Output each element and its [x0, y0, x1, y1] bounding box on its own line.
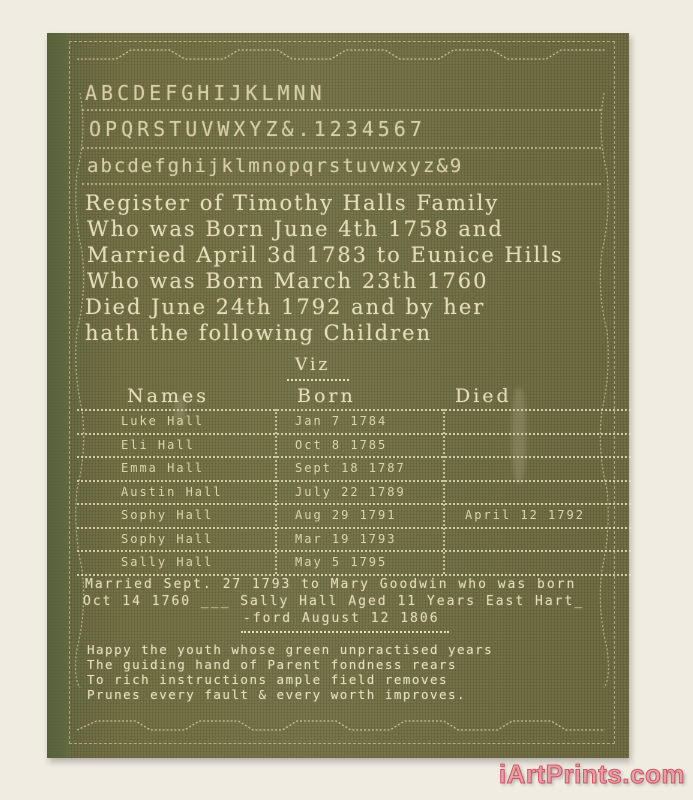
sampler-fabric: ABCDEFGHIJKLMNN OPQRSTUVWXYZ&.1234567 ab… — [47, 33, 629, 758]
date-line: -ford August 12 1806 — [243, 611, 440, 626]
row-divider — [82, 103, 601, 111]
table-rule — [77, 503, 631, 505]
cell-died: April 12 1792 — [465, 508, 585, 522]
table-rule — [77, 409, 631, 411]
verse-line-1: Happy the youth whose green unpractised … — [87, 643, 493, 657]
bottom-zigzag-border — [77, 718, 605, 732]
fabric-wear — [512, 388, 526, 483]
table-rule — [77, 480, 631, 482]
table-rule — [77, 433, 631, 435]
watermark-text: iArtPrints.com — [499, 759, 685, 790]
column-header-names: Names — [127, 385, 209, 407]
viz-label: Viz — [295, 355, 330, 375]
register-line-4: Who was Born March 23th 1760 — [87, 269, 489, 294]
cell-born: Aug 29 1791 — [295, 508, 396, 522]
row-divider — [82, 141, 601, 149]
row-divider — [82, 177, 601, 185]
cell-born: July 22 1789 — [295, 485, 406, 499]
maker-line: Oct 14 1760 ___ Sally Hall Aged 11 Years… — [83, 594, 584, 609]
register-line-6: hath the following Children — [85, 321, 432, 346]
verse-line-3: To rich instructions ample field removes — [87, 673, 448, 687]
table-column-rule — [275, 409, 277, 574]
cell-name: Sophy Hall — [121, 532, 213, 546]
cell-name: Austin Hall — [121, 485, 222, 499]
register-line-2: Who was Born June 4th 1758 and — [87, 217, 504, 242]
marriage-line: Married Sept. 27 1793 to Mary Goodwin wh… — [85, 577, 576, 592]
date-underline — [241, 631, 449, 633]
cell-name: Luke Hall — [121, 414, 204, 428]
cell-born: Jan 7 1784 — [295, 414, 387, 428]
selvage-edge — [47, 33, 69, 758]
column-header-died: Died — [455, 385, 512, 407]
cell-born: May 5 1795 — [295, 555, 387, 569]
cell-born: Oct 8 1785 — [295, 438, 387, 452]
table-rule — [77, 527, 631, 529]
cell-name: Sophy Hall — [121, 508, 213, 522]
table-rule — [77, 456, 631, 458]
alphabet-uppercase-row-2: OPQRSTUVWXYZ&.1234567 — [89, 117, 426, 141]
top-zigzag-border — [77, 47, 605, 61]
register-line-1: Register of Timothy Halls Family — [85, 191, 499, 216]
table-rule — [77, 574, 631, 576]
alphabet-uppercase-row-1: ABCDEFGHIJKLMNN — [85, 81, 326, 105]
cell-name: Sally Hall — [121, 555, 213, 569]
verse-line-4: Prunes every fault & every worth improve… — [87, 688, 466, 702]
viz-underline — [287, 379, 349, 381]
cell-born: Sept 18 1787 — [295, 461, 406, 475]
column-header-born: Born — [297, 385, 356, 407]
alphabet-lowercase-row: abcdefghijklmnopqrstuvwxyz&9 — [87, 155, 463, 177]
cell-name: Emma Hall — [121, 461, 204, 475]
table-column-rule — [443, 409, 445, 574]
verse-line-2: The guiding hand of Parent fondness rear… — [87, 658, 457, 672]
cell-born: Mar 19 1793 — [295, 532, 396, 546]
cell-name: Eli Hall — [121, 438, 195, 452]
fabric-wear — [175, 395, 185, 425]
register-line-3: Married April 3d 1783 to Eunice Hills — [87, 243, 564, 268]
register-line-5: Died June 24th 1792 and by her — [85, 295, 485, 320]
table-rule — [77, 550, 631, 552]
